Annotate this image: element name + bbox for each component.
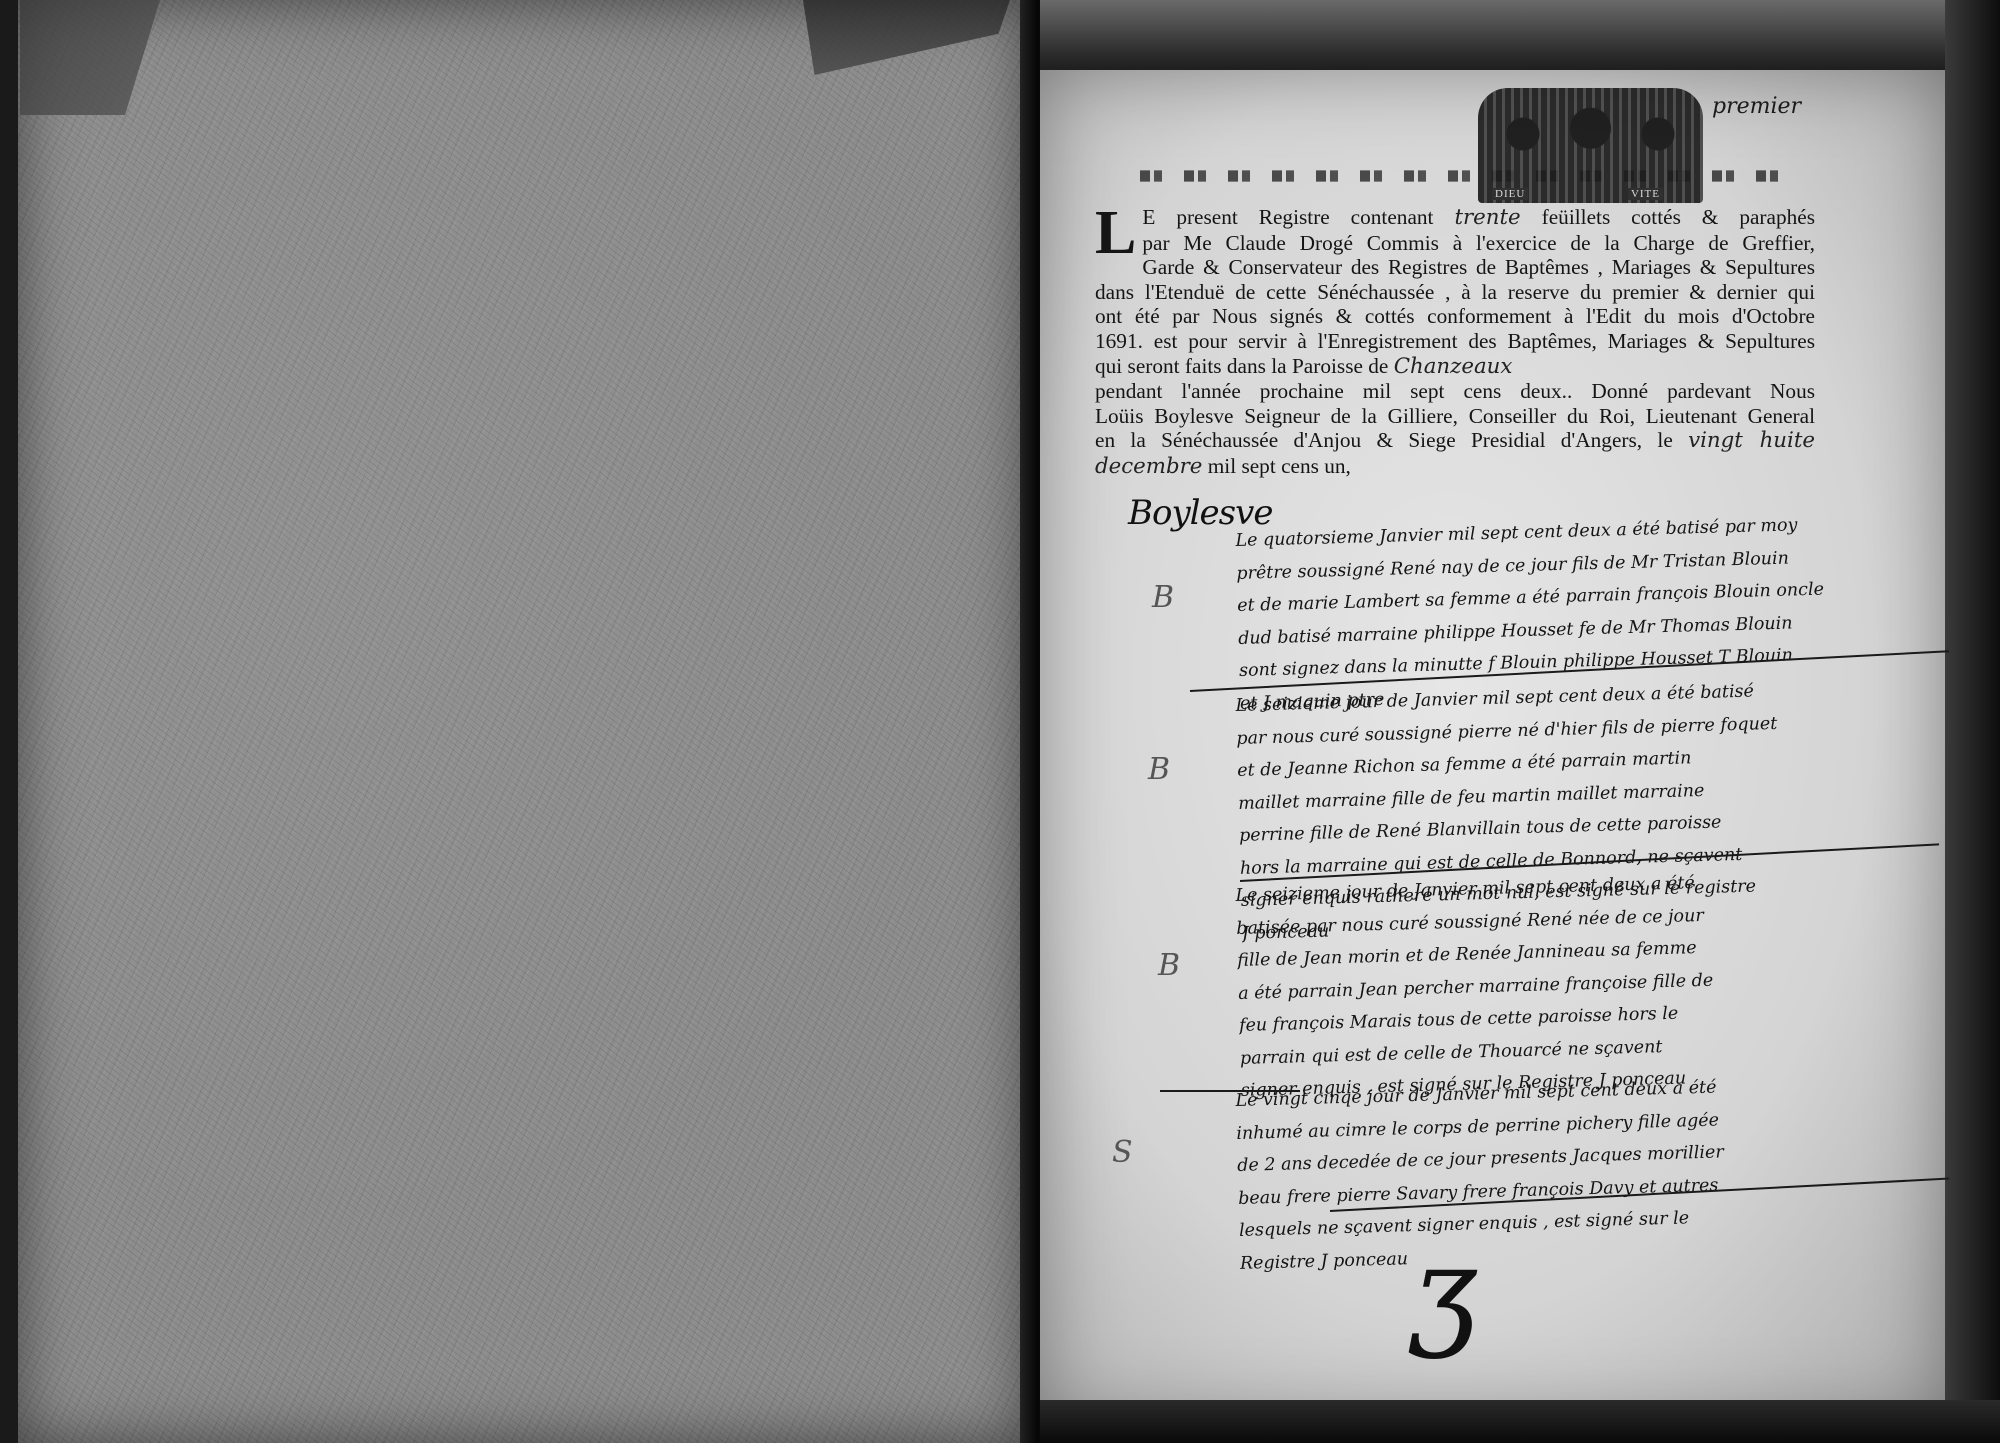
entry-burial: Le vingt cinqe jour de Janvier mil sept …	[1235, 1065, 1940, 1279]
entry-marker-baptism-3: B	[1158, 948, 1180, 983]
book-edge-right	[1945, 0, 2000, 1443]
closing-paraph-flourish: ʒ	[1410, 1232, 1540, 1412]
printed-royal-ornament-icon: DIEU VITE	[1478, 88, 1703, 203]
cover-board-left-page	[18, 0, 1028, 1443]
preamble-line-7: qui seront faits dans la Paroisse de Cha…	[1095, 354, 1815, 380]
entry-marker-baptism-2: B	[1148, 752, 1170, 787]
entry-marker-burial: S	[1112, 1135, 1133, 1170]
page-top-shadow	[1040, 0, 2000, 78]
preamble-line-2: par Me Claude Drogé Commis à l'exercice …	[1095, 231, 1815, 256]
entry-marker-baptism-1: B	[1152, 580, 1174, 615]
preamble-line-10: en la Sénéchaussée d'Anjou & Siege Presi…	[1095, 428, 1815, 454]
handwritten-month: decembre	[1095, 454, 1202, 479]
preamble-line-11: decembre mil sept cens un,	[1095, 454, 1815, 480]
preamble-line-8: pendant l'année prochaine mil sept cens …	[1095, 379, 1815, 404]
preamble-line-1: E present Registre contenant trente feüi…	[1095, 205, 1815, 231]
handwritten-parish-name: Chanzeaux	[1394, 354, 1513, 379]
handwritten-leaf-count: trente	[1454, 205, 1520, 230]
ornament-label-left: DIEU	[1492, 188, 1528, 200]
printed-preamble: L E present Registre contenant trente fe…	[1095, 205, 1815, 480]
preamble-line-4: dans l'Etenduë de cette Sénéchaussée , à…	[1095, 280, 1815, 305]
preamble-line-3: Garde & Conservateur des Registres de Ba…	[1095, 255, 1815, 280]
margin-note-premier: premier	[1712, 94, 1801, 119]
preamble-line-6: 1691. est pour servir à l'Enregistrement…	[1095, 329, 1815, 354]
drop-cap: L	[1095, 207, 1136, 259]
handwritten-day: vingt huite	[1688, 428, 1815, 453]
preamble-line-9: Loüis Boylesve Seigneur de la Gilliere, …	[1095, 404, 1815, 429]
preamble-line-5: ont été par Nous signés & cottés conform…	[1095, 304, 1815, 329]
ornament-label-right: VITE	[1628, 188, 1663, 200]
